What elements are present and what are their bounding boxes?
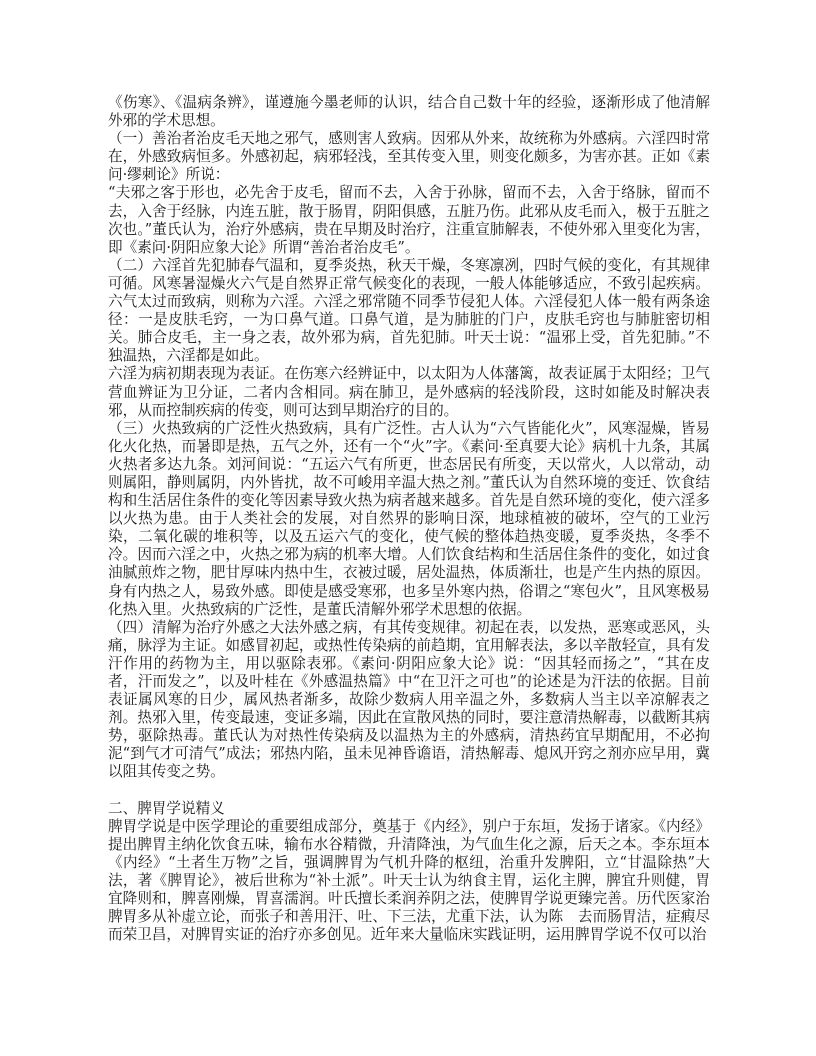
paragraph-point-4: （四）清解为治疗外感之大法外感之病，有其传变规律。初起在表，以发热，恶寒或恶风，… bbox=[108, 619, 710, 782]
blank-line bbox=[108, 782, 710, 800]
paragraph-exterior-syndrome: 六淫为病初期表现为表证。在伤寒六经辨证中，以太阳为人体藩篱，故表证属于太阳经；卫… bbox=[108, 365, 710, 419]
section-heading: 二、脾胃学说精义 bbox=[108, 800, 710, 818]
paragraph-point-1: （一）善治者治皮毛天地之邪气，感则害人致病。因邪从外来，故统称为外感病。六淫四时… bbox=[108, 130, 710, 184]
paragraph-point-3: （三）火热致病的广泛性火热致病，具有广泛性。古人认为“六气皆能化火”，风寒湿燥，… bbox=[108, 420, 710, 619]
paragraph-point-2: （二）六淫首先犯肺春气温和，夏季炎热，秋天干燥，冬寒凛冽，四时气候的变化，有其规… bbox=[108, 257, 710, 366]
document-page: 《伤寒》、《温病条辨》，谨遵施今墨老师的认识，结合自己数十年的经验，逐渐形成了他… bbox=[108, 94, 710, 944]
paragraph-spleen-stomach: 脾胃学说是中医学理论的重要组成部分，奠基于《内经》，别户于东垣，发扬于诸家。《内… bbox=[108, 818, 710, 945]
paragraph-intro-continuation: 《伤寒》、《温病条辨》，谨遵施今墨老师的认识，结合自己数十年的经验，逐渐形成了他… bbox=[108, 94, 710, 130]
paragraph-quote-suwen: “夫邪之客于形也，必先舍于皮毛，留而不去，入舍于孙脉，留而不去，入舍于络脉，留而… bbox=[108, 184, 710, 256]
